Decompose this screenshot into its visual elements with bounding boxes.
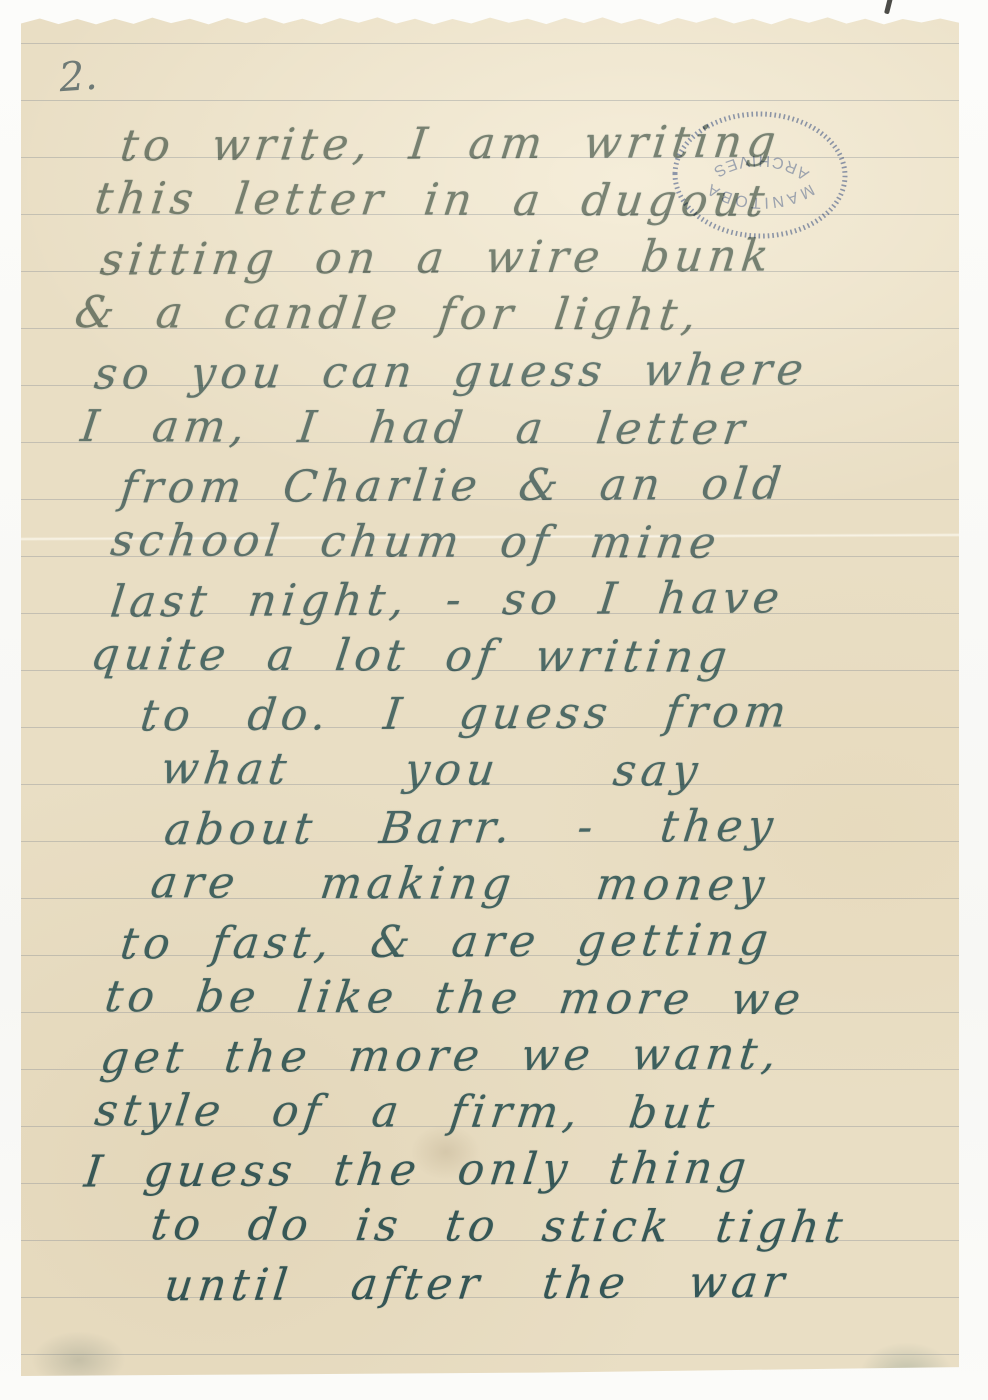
handwritten-line: about Barr. - they: [161, 797, 962, 859]
handwritten-line: I guess the only thing: [81, 1138, 962, 1200]
handwritten-line: quite a lot of writing: [88, 626, 963, 687]
handwritten-line: & a candle for light,: [72, 284, 963, 345]
letter-paper: 2. MANITOBA ARCHIVES to write, I am writ…: [21, 16, 959, 1376]
stain-bottom-left: [31, 1331, 126, 1389]
handwritten-line: what you say: [158, 740, 963, 800]
handwritten-line: school chum of mine: [108, 512, 963, 573]
stain-bottom-right: [859, 1342, 954, 1400]
handwritten-line: are making money: [148, 854, 963, 915]
handwritten-line: so you can guess where: [91, 340, 962, 402]
handwritten-line: style of a firm, but: [92, 1082, 963, 1143]
handwritten-line: from Charlie & an old: [117, 454, 962, 516]
handwritten-line: to do is to stick tight: [148, 1196, 963, 1257]
handwritten-line: last night, - so I have: [107, 568, 962, 630]
handwritten-line: to be like the more we: [102, 968, 963, 1029]
handwritten-line: to write, I am writing: [117, 112, 962, 174]
stray-ink-mark: [884, 0, 893, 14]
handwritten-line: get the more we want,: [97, 1024, 962, 1086]
page-number: 2.: [57, 53, 98, 102]
handwritten-line: this letter in a dugout: [92, 170, 963, 231]
scanned-letter-page: 2. MANITOBA ARCHIVES to write, I am writ…: [0, 0, 988, 1400]
handwritten-line: to fast, & are getting: [117, 910, 962, 972]
handwritten-line: I am, I had a letter: [78, 398, 963, 459]
handwritten-text: to write, I am writingthis letter in a d…: [21, 115, 959, 1312]
handwritten-line: sitting on a wire bunk: [97, 226, 962, 288]
handwritten-line: to do. I guess from: [137, 683, 962, 745]
handwritten-line: until after the war: [161, 1253, 962, 1315]
